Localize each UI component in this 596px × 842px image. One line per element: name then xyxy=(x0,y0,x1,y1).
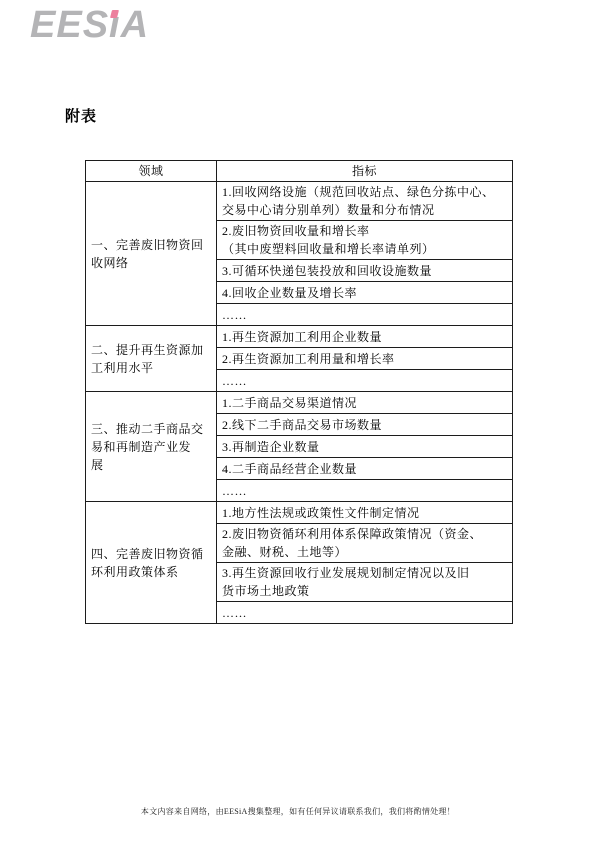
domain-cell-4: 四、完善废旧物资循 环利用政策体系 xyxy=(86,502,217,624)
column-header-domain: 领域 xyxy=(86,161,217,182)
document-page: EESıA 附表 领域 指标 一、完善废旧物资回 收网络 1.回收网络设施（规范… xyxy=(0,0,596,842)
indicator-cell: …… xyxy=(217,480,513,502)
indicator-cell: 4.回收企业数量及增长率 xyxy=(217,282,513,304)
indicator-cell: 1.再生资源加工利用企业数量 xyxy=(217,326,513,348)
eesia-logo: EESıA xyxy=(30,4,149,47)
domain-cell-1: 一、完善废旧物资回 收网络 xyxy=(86,182,217,326)
indicator-cell: 1.二手商品交易渠道情况 xyxy=(217,392,513,414)
table-row: 三、推动二手商品交 易和再制造产业发 展 1.二手商品交易渠道情况 xyxy=(86,392,513,414)
table-row: 四、完善废旧物资循 环利用政策体系 1.地方性法规或政策性文件制定情况 xyxy=(86,502,513,524)
domain-cell-2: 二、提升再生资源加 工利用水平 xyxy=(86,326,217,392)
indicator-cell: 1.地方性法规或政策性文件制定情况 xyxy=(217,502,513,524)
logo-text-a: A xyxy=(121,4,149,46)
page-title: 附表 xyxy=(65,105,97,126)
logo-text-ees: EES xyxy=(30,4,109,46)
indicator-cell: 2.再生资源加工利用量和增长率 xyxy=(217,348,513,370)
indicator-cell: …… xyxy=(217,370,513,392)
indicator-cell: 3.再生资源回收行业发展规划制定情况以及旧 货市场土地政策 xyxy=(217,563,513,602)
domain-cell-3: 三、推动二手商品交 易和再制造产业发 展 xyxy=(86,392,217,502)
table-header-row: 领域 指标 xyxy=(86,161,513,182)
indicators-table: 领域 指标 一、完善废旧物资回 收网络 1.回收网络设施（规范回收站点、绿色分拣… xyxy=(85,160,513,624)
footer-disclaimer: 本文内容来自网络，由EESiA搜集整理，如有任何异议请联系我们，我们将酌情处理！ xyxy=(0,806,596,817)
indicator-cell: 2.废旧物资循环利用体系保障政策情况（资金、 金融、财税、土地等） xyxy=(217,524,513,563)
indicator-cell: 3.可循环快递包装投放和回收设施数量 xyxy=(217,260,513,282)
table-row: 二、提升再生资源加 工利用水平 1.再生资源加工利用企业数量 xyxy=(86,326,513,348)
indicator-cell: 3.再制造企业数量 xyxy=(217,436,513,458)
indicator-cell: 4.二手商品经营企业数量 xyxy=(217,458,513,480)
table-row: 一、完善废旧物资回 收网络 1.回收网络设施（规范回收站点、绿色分拣中心、 交易… xyxy=(86,182,513,221)
indicator-cell: 2.线下二手商品交易市场数量 xyxy=(217,414,513,436)
indicator-cell: 1.回收网络设施（规范回收站点、绿色分拣中心、 交易中心请分别单列）数量和分布情… xyxy=(217,182,513,221)
indicator-cell: 2.废旧物资回收量和增长率 （其中废塑料回收量和增长率请单列） xyxy=(217,221,513,260)
indicator-cell: …… xyxy=(217,304,513,326)
column-header-indicator: 指标 xyxy=(217,161,513,182)
indicator-cell: …… xyxy=(217,602,513,624)
